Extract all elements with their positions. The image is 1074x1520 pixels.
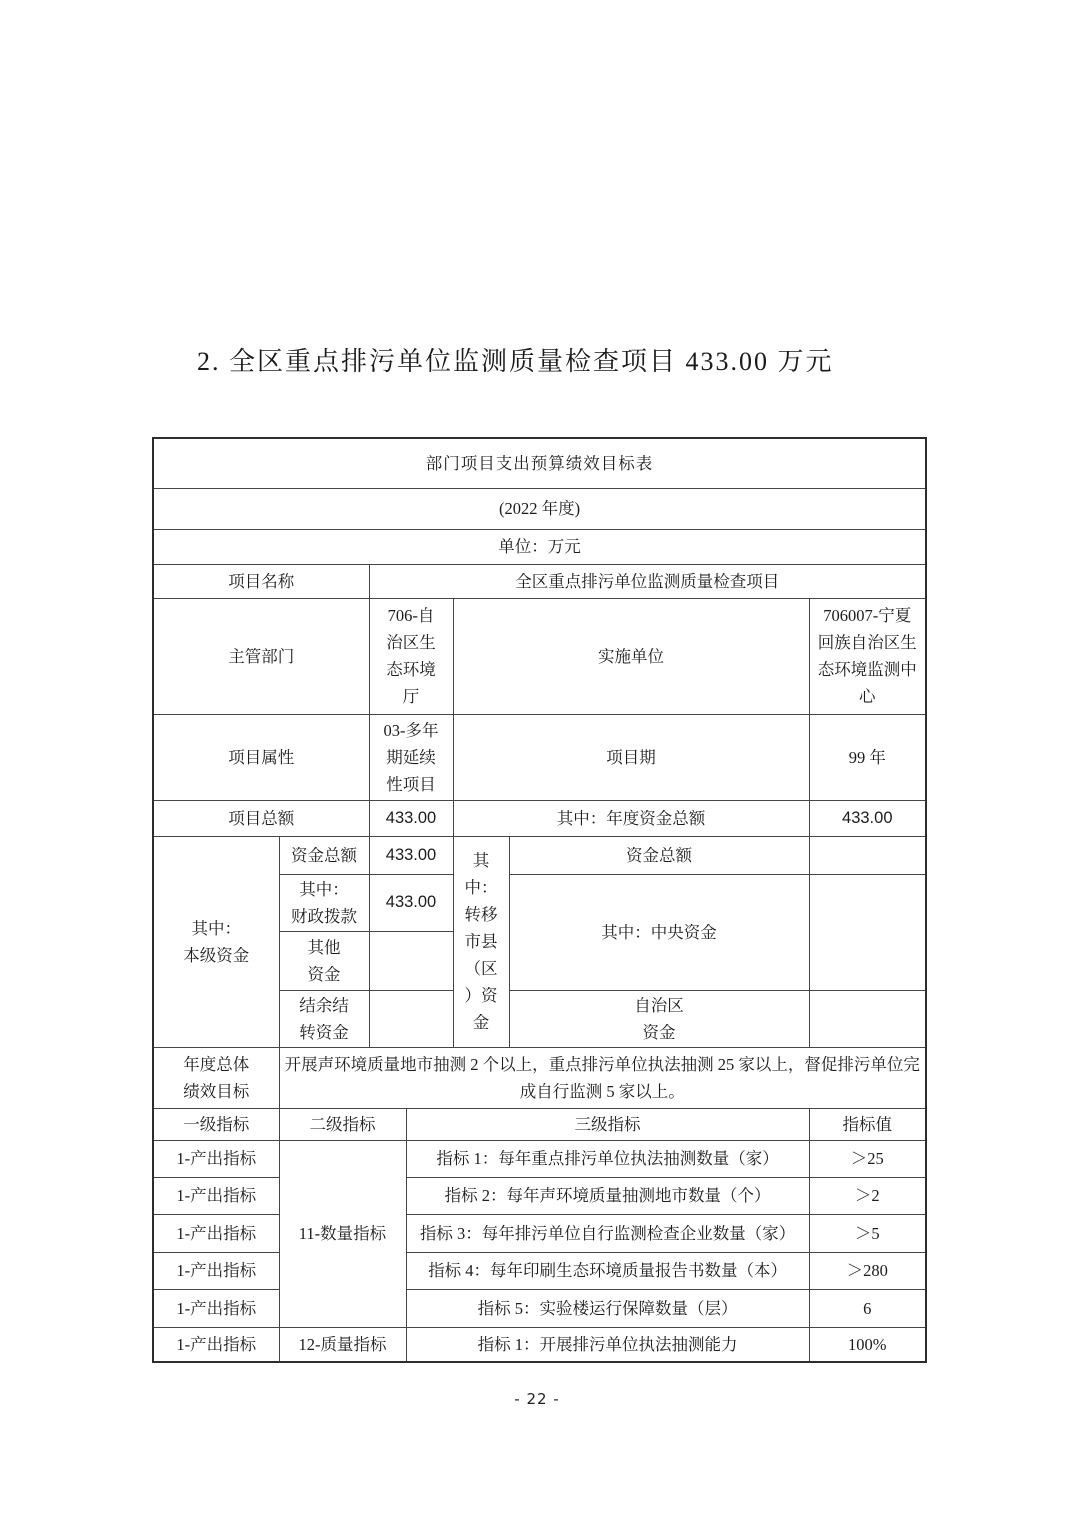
transfer-funds-group-cell: 其 中： 转移 市县 （区 ）资 金: [453, 836, 509, 1047]
indicator-level3-cell: 指标 1：开展排污单位执法抽测能力: [406, 1327, 809, 1362]
impl-unit-value-cell: 706007-宁夏 回族自治区生 态环境监测中 心: [809, 598, 926, 714]
indicator-level1-cell: 1-产出指标: [153, 1327, 279, 1362]
level2-quantity-cell: 11-数量指标: [279, 1140, 406, 1327]
budget-performance-table: 部门项目支出预算绩效目标表 (2022 年度) 单位：万元 项目名称 全区重点排…: [152, 437, 927, 1363]
period-value-cell: 99 年: [809, 714, 926, 800]
transfer-total-value-cell: [809, 836, 926, 874]
indicator-level3-cell: 指标 4：每年印刷生态环境质量报告书数量（本）: [406, 1252, 809, 1289]
regional-funds-value-cell: [809, 990, 926, 1047]
unit-note: 单位：万元: [153, 529, 926, 564]
indicator-level1-cell: 1-产出指标: [153, 1140, 279, 1177]
indicator-value-cell: ＞25: [809, 1140, 926, 1177]
indicator-value-cell: ＞5: [809, 1214, 926, 1252]
other-funds-label-cell: 其他 资金: [279, 931, 369, 990]
local-funds-total-value-cell: 433.00: [369, 836, 453, 874]
indicator-value-cell: 100%: [809, 1327, 926, 1362]
indicator-level3-cell: 指标 3：每年排污单位自行监测检查企业数量（家）: [406, 1214, 809, 1252]
level2-quality-cell: 12-质量指标: [279, 1327, 406, 1362]
indicator-row: 1-产出指标 12-质量指标 指标 1：开展排污单位执法抽测能力 100%: [153, 1327, 926, 1362]
indicator-level3-cell: 指标 1：每年重点排污单位执法抽测数量（家）: [406, 1140, 809, 1177]
indicator-level3-cell: 指标 2：每年声环境质量抽测地市数量（个）: [406, 1177, 809, 1214]
central-funds-value-cell: [809, 874, 926, 990]
carryover-funds-label-cell: 结余结 转资金: [279, 990, 369, 1047]
indicator-row: 1-产出指标 11-数量指标 指标 1：每年重点排污单位执法抽测数量（家） ＞2…: [153, 1140, 926, 1177]
document-page: 2. 全区重点排污单位监测质量检查项目 433.00 万元 部门项目支出预算绩效…: [0, 0, 1074, 1520]
impl-unit-label-cell: 实施单位: [453, 598, 809, 714]
indicator-level1-cell: 1-产出指标: [153, 1177, 279, 1214]
period-label-cell: 项目期: [453, 714, 809, 800]
annual-total-value-cell: 433.00: [809, 800, 926, 836]
indicator-header-value: 指标值: [809, 1108, 926, 1140]
transfer-total-label-cell: 资金总额: [509, 836, 809, 874]
annual-total-label-cell: 其中：年度资金总额: [453, 800, 809, 836]
indicator-level1-cell: 1-产出指标: [153, 1289, 279, 1327]
other-funds-value-cell: [369, 931, 453, 990]
total-value-cell: 433.00: [369, 800, 453, 836]
indicator-header-level1: 一级指标: [153, 1108, 279, 1140]
table-subtitle-year: (2022 年度): [153, 488, 926, 529]
indicator-value-cell: ＞280: [809, 1252, 926, 1289]
indicator-row: 1-产出指标 指标 2：每年声环境质量抽测地市数量（个） ＞2: [153, 1177, 926, 1214]
page-number: - 22 -: [0, 1390, 1074, 1408]
regional-funds-label-cell: 自治区 资金: [509, 990, 809, 1047]
annual-goal-label-cell: 年度总体 绩效目标: [153, 1047, 279, 1108]
indicator-level1-cell: 1-产出指标: [153, 1214, 279, 1252]
project-name-label-cell: 项目名称: [153, 564, 369, 598]
dept-value-cell: 706-自 治区生 态环境 厅: [369, 598, 453, 714]
central-funds-label-cell: 其中：中央资金: [509, 874, 809, 990]
indicator-value-cell: ＞2: [809, 1177, 926, 1214]
table-title: 部门项目支出预算绩效目标表: [153, 438, 926, 488]
indicator-value-cell: 6: [809, 1289, 926, 1327]
indicator-row: 1-产出指标 指标 5：实验楼运行保障数量（层） 6: [153, 1289, 926, 1327]
carryover-funds-value-cell: [369, 990, 453, 1047]
indicator-level3-cell: 指标 5：实验楼运行保障数量（层）: [406, 1289, 809, 1327]
local-funds-group-cell: 其中： 本级资金: [153, 836, 279, 1047]
attr-value-cell: 03-多年 期延续 性项目: [369, 714, 453, 800]
fiscal-grant-label-cell: 其中： 财政拨款: [279, 874, 369, 931]
fiscal-grant-value-cell: 433.00: [369, 874, 453, 931]
section-heading: 2. 全区重点排污单位监测质量检查项目 433.00 万元: [197, 341, 834, 378]
indicator-row: 1-产出指标 指标 4：每年印刷生态环境质量报告书数量（本） ＞280: [153, 1252, 926, 1289]
indicator-header-level3: 三级指标: [406, 1108, 809, 1140]
local-funds-total-label-cell: 资金总额: [279, 836, 369, 874]
indicator-level1-cell: 1-产出指标: [153, 1252, 279, 1289]
total-label-cell: 项目总额: [153, 800, 369, 836]
indicator-row: 1-产出指标 指标 3：每年排污单位自行监测检查企业数量（家） ＞5: [153, 1214, 926, 1252]
indicator-header-level2: 二级指标: [279, 1108, 406, 1140]
dept-label-cell: 主管部门: [153, 598, 369, 714]
annual-goal-text-cell: 开展声环境质量地市抽测 2 个以上，重点排污单位执法抽测 25 家以上，督促排污…: [279, 1047, 926, 1108]
attr-label-cell: 项目属性: [153, 714, 369, 800]
project-name-value-cell: 全区重点排污单位监测质量检查项目: [369, 564, 926, 598]
